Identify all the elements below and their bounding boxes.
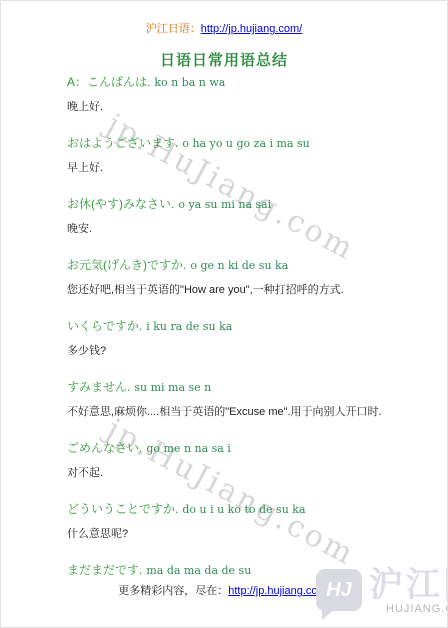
japanese-phrase-line: お元気(げんき)ですか.o ge n ki de su ka xyxy=(67,258,421,273)
romaji: o ya su mi na sai xyxy=(178,198,271,211)
header-site-link[interactable]: http://jp.hujiang.com/ xyxy=(201,23,303,35)
phrase-entry: おはようございます.o ha yo u go za i ma su 早上好. xyxy=(67,136,421,176)
chinese-translation: 晚安. xyxy=(67,222,421,237)
japanese-phrase: まだまだです. xyxy=(67,563,142,577)
japanese-phrase-line: いくらですか.i ku ra de su ka xyxy=(67,319,421,334)
document-page: jp.HuJiang.com jp.HuJiang.com 沪江日语：http:… xyxy=(0,0,448,628)
romaji: do u i u ko to de su ka xyxy=(182,503,305,516)
japanese-phrase: どういうことですか. xyxy=(67,502,178,516)
romaji: o ge n ki de su ka xyxy=(190,259,288,272)
page-header: 沪江日语：http://jp.hujiang.com/ xyxy=(1,22,447,36)
japanese-phrase: おはようございます. xyxy=(67,136,178,150)
phrase-entry: ごめんなさい.go me n na sa i 对不起. xyxy=(67,441,421,481)
phrase-entry: お元気(げんき)ですか.o ge n ki de su ka 您还好吧,相当于英… xyxy=(67,258,421,298)
japanese-phrase: A：こんばんは. xyxy=(67,75,150,89)
japanese-phrase-line: まだまだです.ma da ma da de su xyxy=(67,563,421,578)
japanese-phrase-line: A：こんばんは.ko n ba n wa xyxy=(67,75,421,90)
chinese-translation: 早上好. xyxy=(67,161,421,176)
japanese-phrase: お休(やす)みなさい. xyxy=(67,197,174,211)
japanese-phrase-line: おはようございます.o ha yo u go za i ma su xyxy=(67,136,421,151)
chinese-translation: 多少钱? xyxy=(67,344,421,359)
phrase-entry: A：こんばんは.ko n ba n wa 晚上好. xyxy=(67,75,421,115)
chinese-translation: 对不起. xyxy=(67,466,421,481)
romaji: ma da ma da de su xyxy=(146,564,251,577)
phrase-entry: いくらですか.i ku ra de su ka 多少钱? xyxy=(67,319,421,359)
footer-text: 更多精彩内容，尽在： xyxy=(118,585,228,597)
romaji: i ku ra de su ka xyxy=(146,320,232,333)
japanese-phrase: いくらですか. xyxy=(67,319,142,333)
japanese-phrase-line: どういうことですか.do u i u ko to de su ka xyxy=(67,502,421,517)
page-footer: 更多精彩内容，尽在：http://jp.hujiang.com/ xyxy=(1,584,447,598)
romaji: ko n ba n wa xyxy=(154,76,225,89)
romaji: su mi ma se n xyxy=(134,381,211,394)
chinese-translation: 不好意思,麻烦你....相当于英语的"Excuse me".用于向别人开口时. xyxy=(67,405,421,420)
romaji: go me n na sa i xyxy=(146,442,231,455)
chinese-translation: 晚上好. xyxy=(67,100,421,115)
footer-site-link[interactable]: http://jp.hujiang.com/ xyxy=(228,585,330,597)
japanese-phrase-line: すみません.su mi ma se n xyxy=(67,380,421,395)
japanese-phrase-line: ごめんなさい.go me n na sa i xyxy=(67,441,421,456)
romaji: o ha yo u go za i ma su xyxy=(182,137,309,150)
japanese-phrase: お元気(げんき)ですか. xyxy=(67,258,186,272)
phrase-entry: どういうことですか.do u i u ko to de su ka 什么意思呢? xyxy=(67,502,421,542)
phrase-entry: お休(やす)みなさい.o ya su mi na sai 晚安. xyxy=(67,197,421,237)
japanese-phrase: ごめんなさい. xyxy=(67,441,142,455)
japanese-phrase: すみません. xyxy=(67,380,130,394)
entries: A：こんばんは.ko n ba n wa 晚上好. おはようございます.o ha… xyxy=(67,75,421,588)
japanese-phrase-line: お休(やす)みなさい.o ya su mi na sai xyxy=(67,197,421,212)
chinese-translation: 什么意思呢? xyxy=(67,527,421,542)
phrase-entry: すみません.su mi ma se n 不好意思,麻烦你....相当于英语的"E… xyxy=(67,380,421,420)
chinese-translation: 您还好吧,相当于英语的"How are you",一种打招呼的方式. xyxy=(67,283,421,298)
hujiang-logo-en-text: HUJIANG.COM xyxy=(386,603,448,615)
page-title: 日语日常用语总结 xyxy=(1,49,447,70)
header-site-label: 沪江日语： xyxy=(146,23,201,35)
phrase-entry: まだまだです.ma da ma da de su xyxy=(67,563,421,578)
